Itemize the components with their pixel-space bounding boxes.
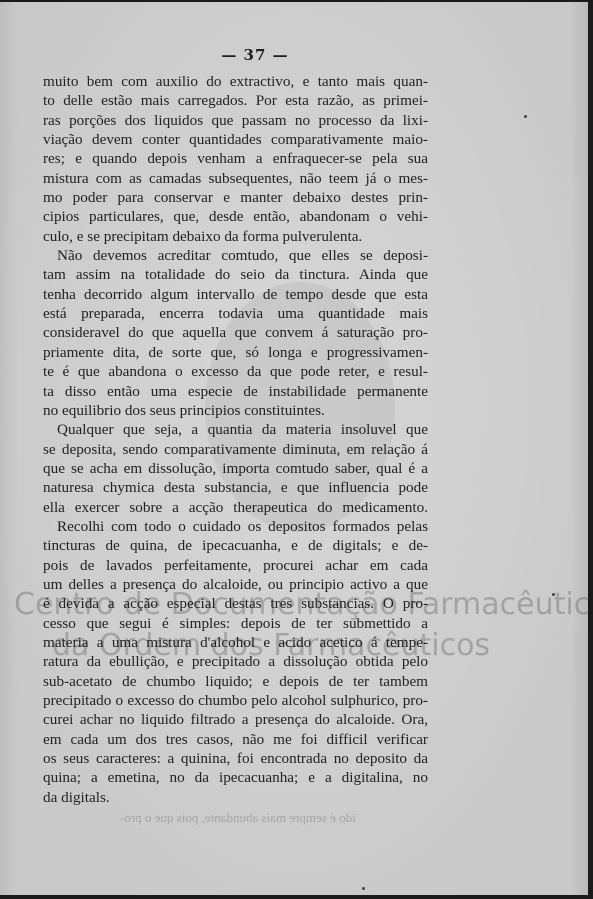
text-line: sub-acetato de chumbo liquido; e depois …	[43, 672, 428, 691]
text-line: cesso que segui é simples: depois de ter…	[43, 614, 428, 633]
text-line: pois de lavados perfeitamente, procurei …	[43, 556, 428, 575]
text-line: cipios particulares, que, desde então, a…	[43, 207, 428, 226]
text-line: está preparada, encerra todavia uma quan…	[43, 304, 428, 323]
text-line: ta disso então uma especie de instabilid…	[43, 382, 428, 401]
text-line: naturesa chymica desta substancia, e que…	[43, 478, 428, 497]
text-line: tincturas de quina, de ipecacuanha, e de…	[43, 536, 428, 555]
text-line: Não devemos acreditar comtudo, que elles…	[43, 246, 428, 265]
text-line: curei achar no liquido filtrado a presen…	[43, 710, 428, 729]
text-line: os seus caracteres: a quinina, foi encon…	[43, 749, 428, 768]
text-line: mistura com as camadas subsequentes, não…	[43, 169, 428, 188]
text-line: ratura da ebullição, e precipitado a dis…	[43, 652, 428, 671]
bleed-through-text: ido é sempre mais abundante, pois que o …	[120, 810, 356, 826]
text-line: precipitado o excesso do chumbo pelo alc…	[43, 691, 428, 710]
text-line: Qualquer que seja, a quantia da materia …	[43, 420, 428, 439]
speck	[362, 887, 365, 890]
text-line: da digitals.	[43, 788, 428, 807]
speck	[552, 593, 555, 596]
body-text: muito bem com auxilio do extractivo, e t…	[43, 72, 428, 807]
text-line: mo poder para conservar e manter debaixo…	[43, 188, 428, 207]
text-line: to delle estão mais carregados. Por esta…	[43, 91, 428, 110]
text-line: consideravel do que aquella que convem á…	[43, 323, 428, 342]
text-line: um delles a presença do alcaloide, ou pr…	[43, 575, 428, 594]
text-line: se deposita, sendo comparativamente dimi…	[43, 440, 428, 459]
text-line: res; e quando depois venham a enfraquece…	[43, 149, 428, 168]
text-line: é devida a acção especial destas tres su…	[43, 594, 428, 613]
scanned-page: Centro de Documentação Farmacêutica da O…	[0, 2, 588, 895]
text-line: te é que abandona o excesso da que pode …	[43, 362, 428, 381]
text-line: tam assim na totalidade do seio da tinct…	[43, 265, 428, 284]
text-line: quina; a emetina, no da ipecacuanha; e a…	[43, 768, 428, 787]
text-line: que se acha em dissolução, importa comtu…	[43, 459, 428, 478]
text-line: materia a uma mistura d'alcohol e acido …	[43, 633, 428, 652]
speck	[524, 115, 527, 118]
text-line: tenha decorrido algum intervallo de temp…	[43, 285, 428, 304]
text-line: no equilibrio dos seus principios consti…	[43, 401, 428, 420]
text-line: priamente dita, de sorte que, só longa e…	[43, 343, 428, 362]
text-line: viação devem conter quantidades comparat…	[43, 130, 428, 149]
text-line: ella exercer sobre a acção therapeutica …	[43, 498, 428, 517]
text-line: em cada um dos tres casos, não me foi di…	[43, 730, 428, 749]
text-line: Recolhi com todo o cuidado os depositos …	[43, 517, 428, 536]
text-line: muito bem com auxilio do extractivo, e t…	[43, 72, 428, 91]
text-line: culo, e se precipitam debaixo da forma p…	[43, 227, 428, 246]
page-number: — 37 —	[0, 46, 510, 64]
text-line: ras porções dos liquidos que passam no p…	[43, 111, 428, 130]
